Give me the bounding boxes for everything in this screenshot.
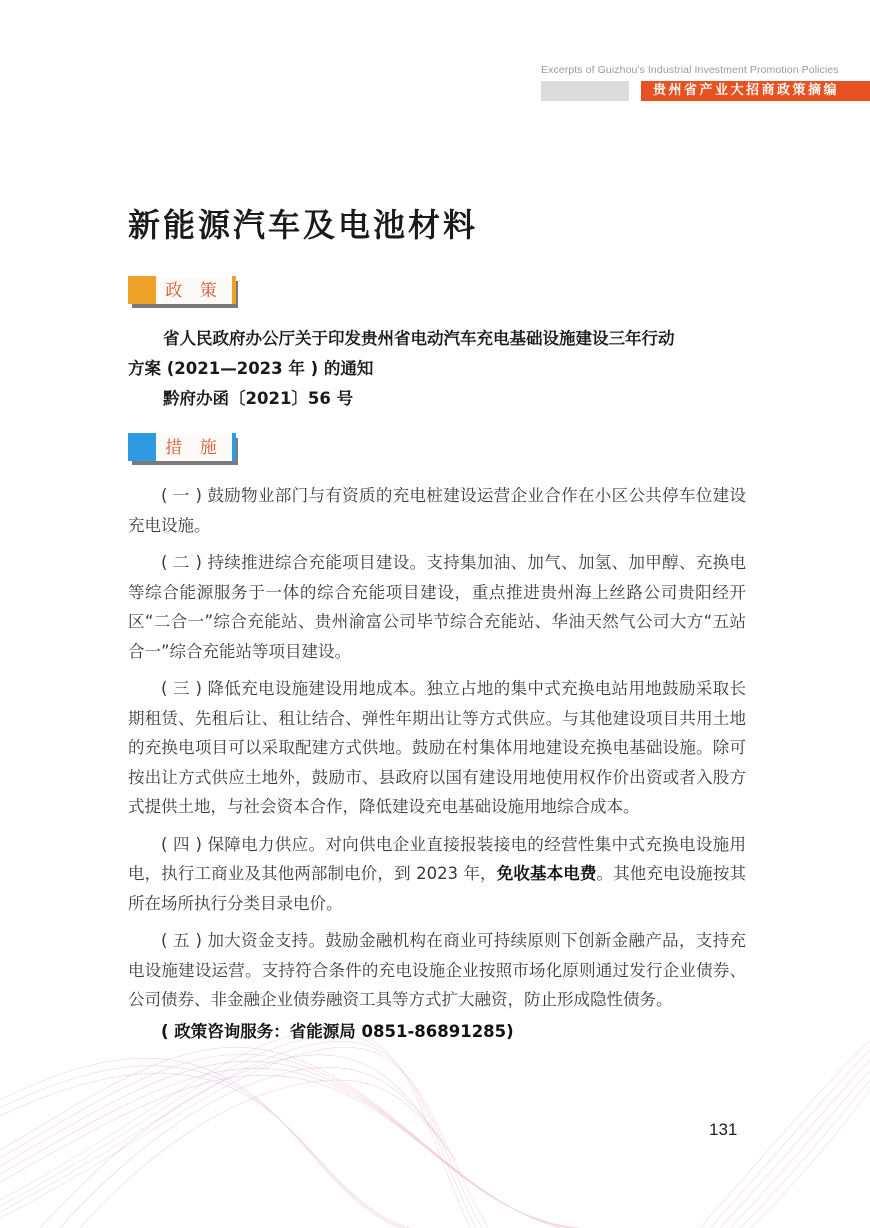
tag-right-bar bbox=[232, 433, 236, 461]
measure-4-highlight: 免收基本电费 bbox=[497, 864, 597, 883]
section-tag-label: 措 施 bbox=[156, 435, 232, 461]
document-number: 黔府办函〔2021〕56 号 bbox=[128, 384, 748, 414]
section-tag-measures: 措 施 bbox=[128, 433, 238, 465]
tag-right-bar bbox=[232, 276, 236, 304]
series-title-banner: 贵州省产业大招商政策摘编 bbox=[641, 81, 870, 101]
page-number: 131 bbox=[709, 1120, 737, 1140]
section-tag-label: 政 策 bbox=[156, 278, 232, 304]
series-title-english: Excerpts of Guizhou's Industrial Investm… bbox=[541, 64, 839, 76]
measure-paragraph-2: ( 二 ) 持续推进综合充能项目建设。支持集加油、加气、加氢、加甲醇、充换电等综… bbox=[128, 548, 746, 666]
policy-contact-info: ( 政策咨询服务：省能源局 0851-86891285) bbox=[128, 1017, 746, 1047]
measure-paragraph-5: ( 五 ) 加大资金支持。鼓励金融机构在商业可持续原则下创新金融产品，支持充电设… bbox=[128, 926, 746, 1015]
document-title-line2: 方案 (2021—2023 年 ) 的通知 bbox=[128, 354, 748, 384]
header-gray-bar bbox=[541, 81, 629, 101]
measure-paragraph-3: ( 三 ) 降低充电设施建设用地成本。独立占地的集中式充换电站用地鼓励采取长期租… bbox=[128, 674, 746, 822]
document-title: 省人民政府办公厅关于印发贵州省电动汽车充电基础设施建设三年行动 方案 (2021… bbox=[128, 324, 748, 414]
section-tag-policy: 政 策 bbox=[128, 276, 238, 308]
measure-paragraph-1: ( 一 ) 鼓励物业部门与有资质的充电桩建设运营企业合作在小区公共停车位建设充电… bbox=[128, 481, 746, 540]
measures-body: ( 一 ) 鼓励物业部门与有资质的充电桩建设运营企业合作在小区公共停车位建设充电… bbox=[128, 481, 746, 1054]
document-title-line1: 省人民政府办公厅关于印发贵州省电动汽车充电基础设施建设三年行动 bbox=[128, 324, 748, 354]
page-title: 新能源汽车及电池材料 bbox=[128, 200, 478, 246]
measure-paragraph-4: ( 四 ) 保障电力供应。对向供电企业直接报装接电的经营性集中式充换电设施用电，… bbox=[128, 830, 746, 919]
